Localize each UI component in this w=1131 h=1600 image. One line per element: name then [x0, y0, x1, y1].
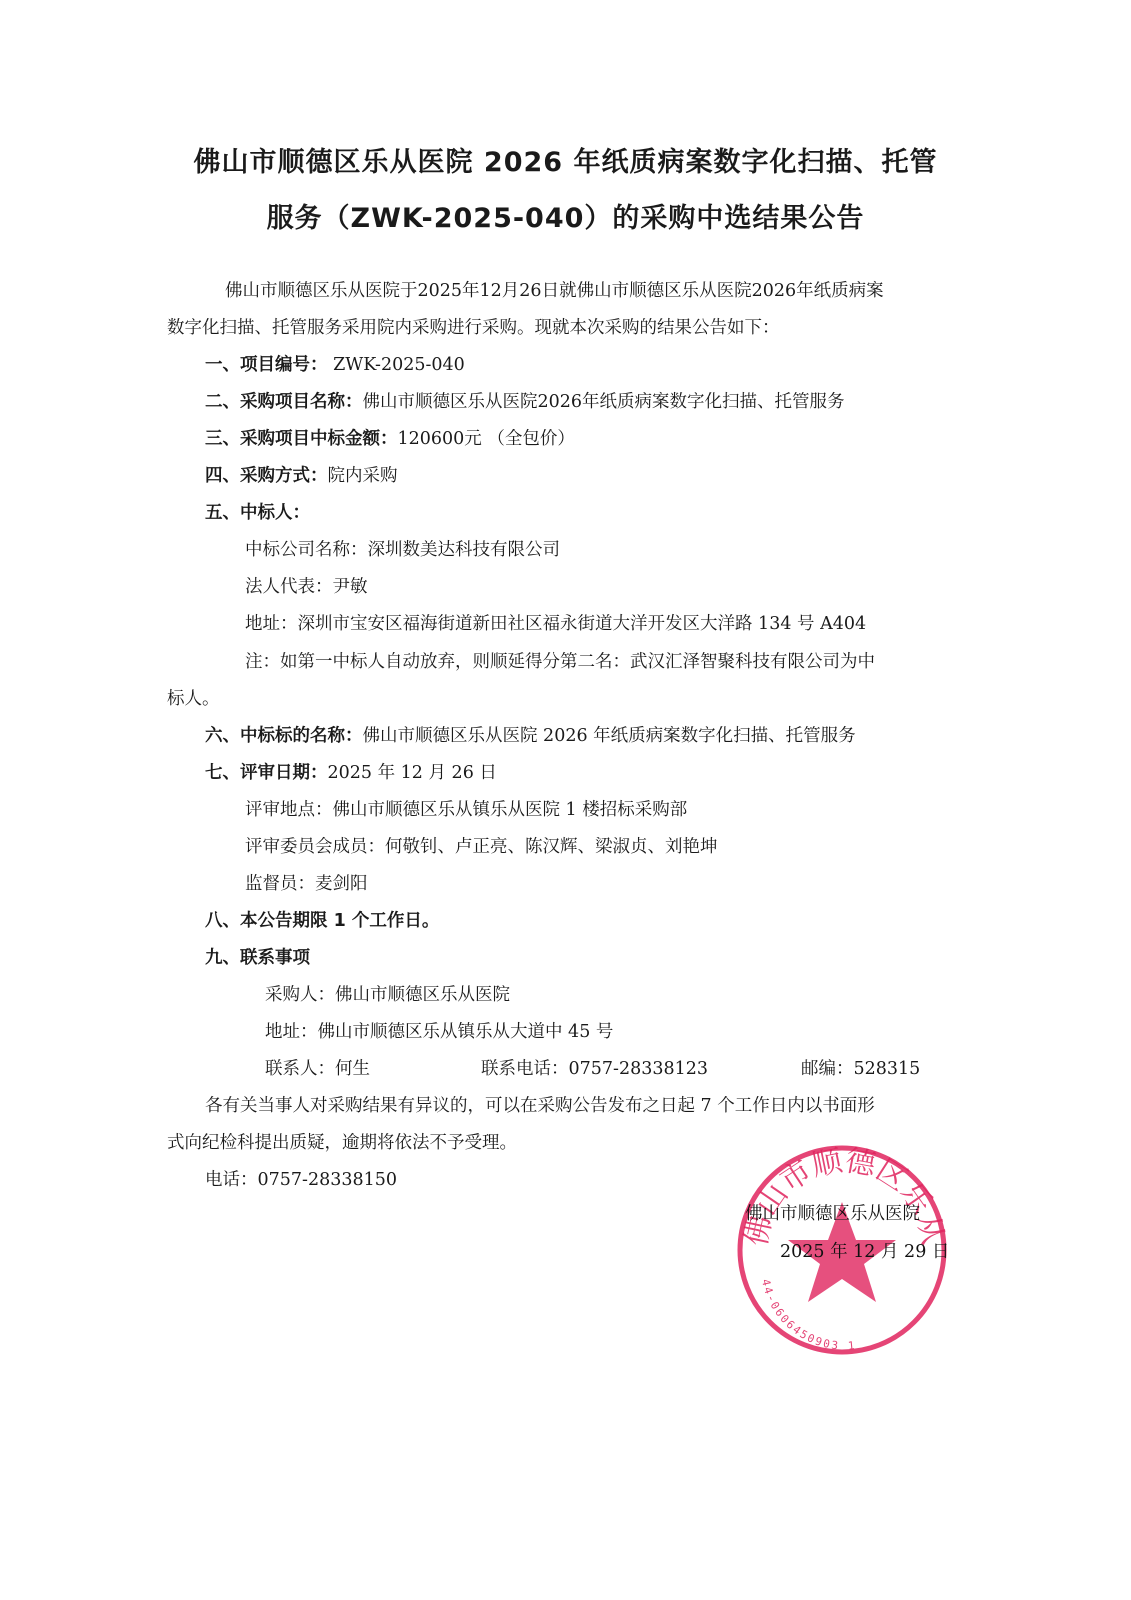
winner-company: 中标公司名称：深圳数美达科技有限公司 [245, 538, 560, 562]
item-method: 四、采购方式：院内采购 [205, 464, 398, 488]
item-project-name: 二、采购项目名称：佛山市顺德区乐从医院2026年纸质病案数字化扫描、托管服务 [205, 390, 845, 414]
winner-address: 地址：深圳市宝安区福海街道新田社区福永街道大洋开发区大洋路 134 号 A404 [245, 612, 866, 636]
supervisor: 监督员：麦剑阳 [245, 872, 368, 896]
objection-line1: 各有关当事人对采购结果有异议的，可以在采购公告发布之日起 7 个工作日内以书面形 [205, 1094, 875, 1118]
signature-date: 2025 年 12 月 29 日 [780, 1238, 949, 1263]
item-amount: 三、采购项目中标金额：120600元 （全包价） [205, 427, 575, 451]
item-period: 八、本公告期限 1 个工作日。 [205, 909, 439, 933]
value: 佛山市顺德区乐从医院 2026 年纸质病案数字化扫描、托管服务 [363, 726, 856, 746]
document-title-line1: 佛山市顺德区乐从医院 2026 年纸质病案数字化扫描、托管 [0, 140, 1131, 179]
contact-person: 联系人：何生 [265, 1057, 370, 1081]
note-line2: 标人。 [167, 687, 220, 711]
purchaser-address: 地址：佛山市顺德区乐从镇乐从大道中 45 号 [265, 1020, 613, 1044]
value: ZWK-2025-040 [333, 355, 465, 375]
postcode: 邮编：528315 [801, 1057, 920, 1081]
review-members: 评审委员会成员：何敬钊、卢正亮、陈汉辉、梁淑贞、刘艳坤 [245, 835, 718, 859]
label: 四、采购方式： [205, 466, 328, 486]
signature-org: 佛山市顺德区乐从医院 [745, 1200, 920, 1225]
value: 120600元 （全包价） [398, 429, 575, 449]
phone: 电话：0757-28338150 [205, 1168, 397, 1192]
label: 七、评审日期： [205, 763, 328, 783]
objection-line2: 式向纪检科提出质疑，逾期将依法不予受理。 [167, 1131, 517, 1155]
item-review-date: 七、评审日期：2025 年 12 月 26 日 [205, 761, 497, 785]
item-bid-name: 六、中标标的名称：佛山市顺德区乐从医院 2026 年纸质病案数字化扫描、托管服务 [205, 724, 856, 748]
label: 二、采购项目名称： [205, 392, 363, 412]
item-contact: 九、联系事项 [205, 946, 310, 970]
label: 六、中标标的名称： [205, 726, 363, 746]
value: 佛山市顺德区乐从医院2026年纸质病案数字化扫描、托管服务 [363, 392, 845, 412]
purchaser: 采购人：佛山市顺德区乐从医院 [265, 983, 510, 1007]
review-place: 评审地点：佛山市顺德区乐从镇乐从医院 1 楼招标采购部 [245, 798, 687, 822]
item-project-no: 一、项目编号： ZWK-2025-040 [205, 353, 465, 377]
contact-phone: 联系电话：0757-28338123 [481, 1057, 708, 1081]
note-line1: 注：如第一中标人自动放弃，则顺延得分第二名：武汉汇泽智聚科技有限公司为中 [245, 650, 875, 674]
value: 院内采购 [328, 466, 398, 486]
intro-line2: 数字化扫描、托管服务采用院内采购进行采购。现就本次采购的结果公告如下： [167, 316, 780, 340]
legal-representative: 法人代表：尹敏 [245, 575, 368, 599]
label: 一、项目编号： [205, 355, 328, 375]
intro-line1: 佛山市顺德区乐从医院于2025年12月26日就佛山市顺德区乐从医院2026年纸质… [225, 279, 884, 303]
item-winner: 五、中标人： [205, 501, 310, 525]
svg-text:44-0606450903 1: 44-0606450903 1 [759, 1278, 857, 1353]
value: 2025 年 12 月 26 日 [328, 763, 497, 783]
label: 三、采购项目中标金额： [205, 429, 398, 449]
document-title-line2: 服务（ZWK-2025-040）的采购中选结果公告 [0, 196, 1131, 235]
